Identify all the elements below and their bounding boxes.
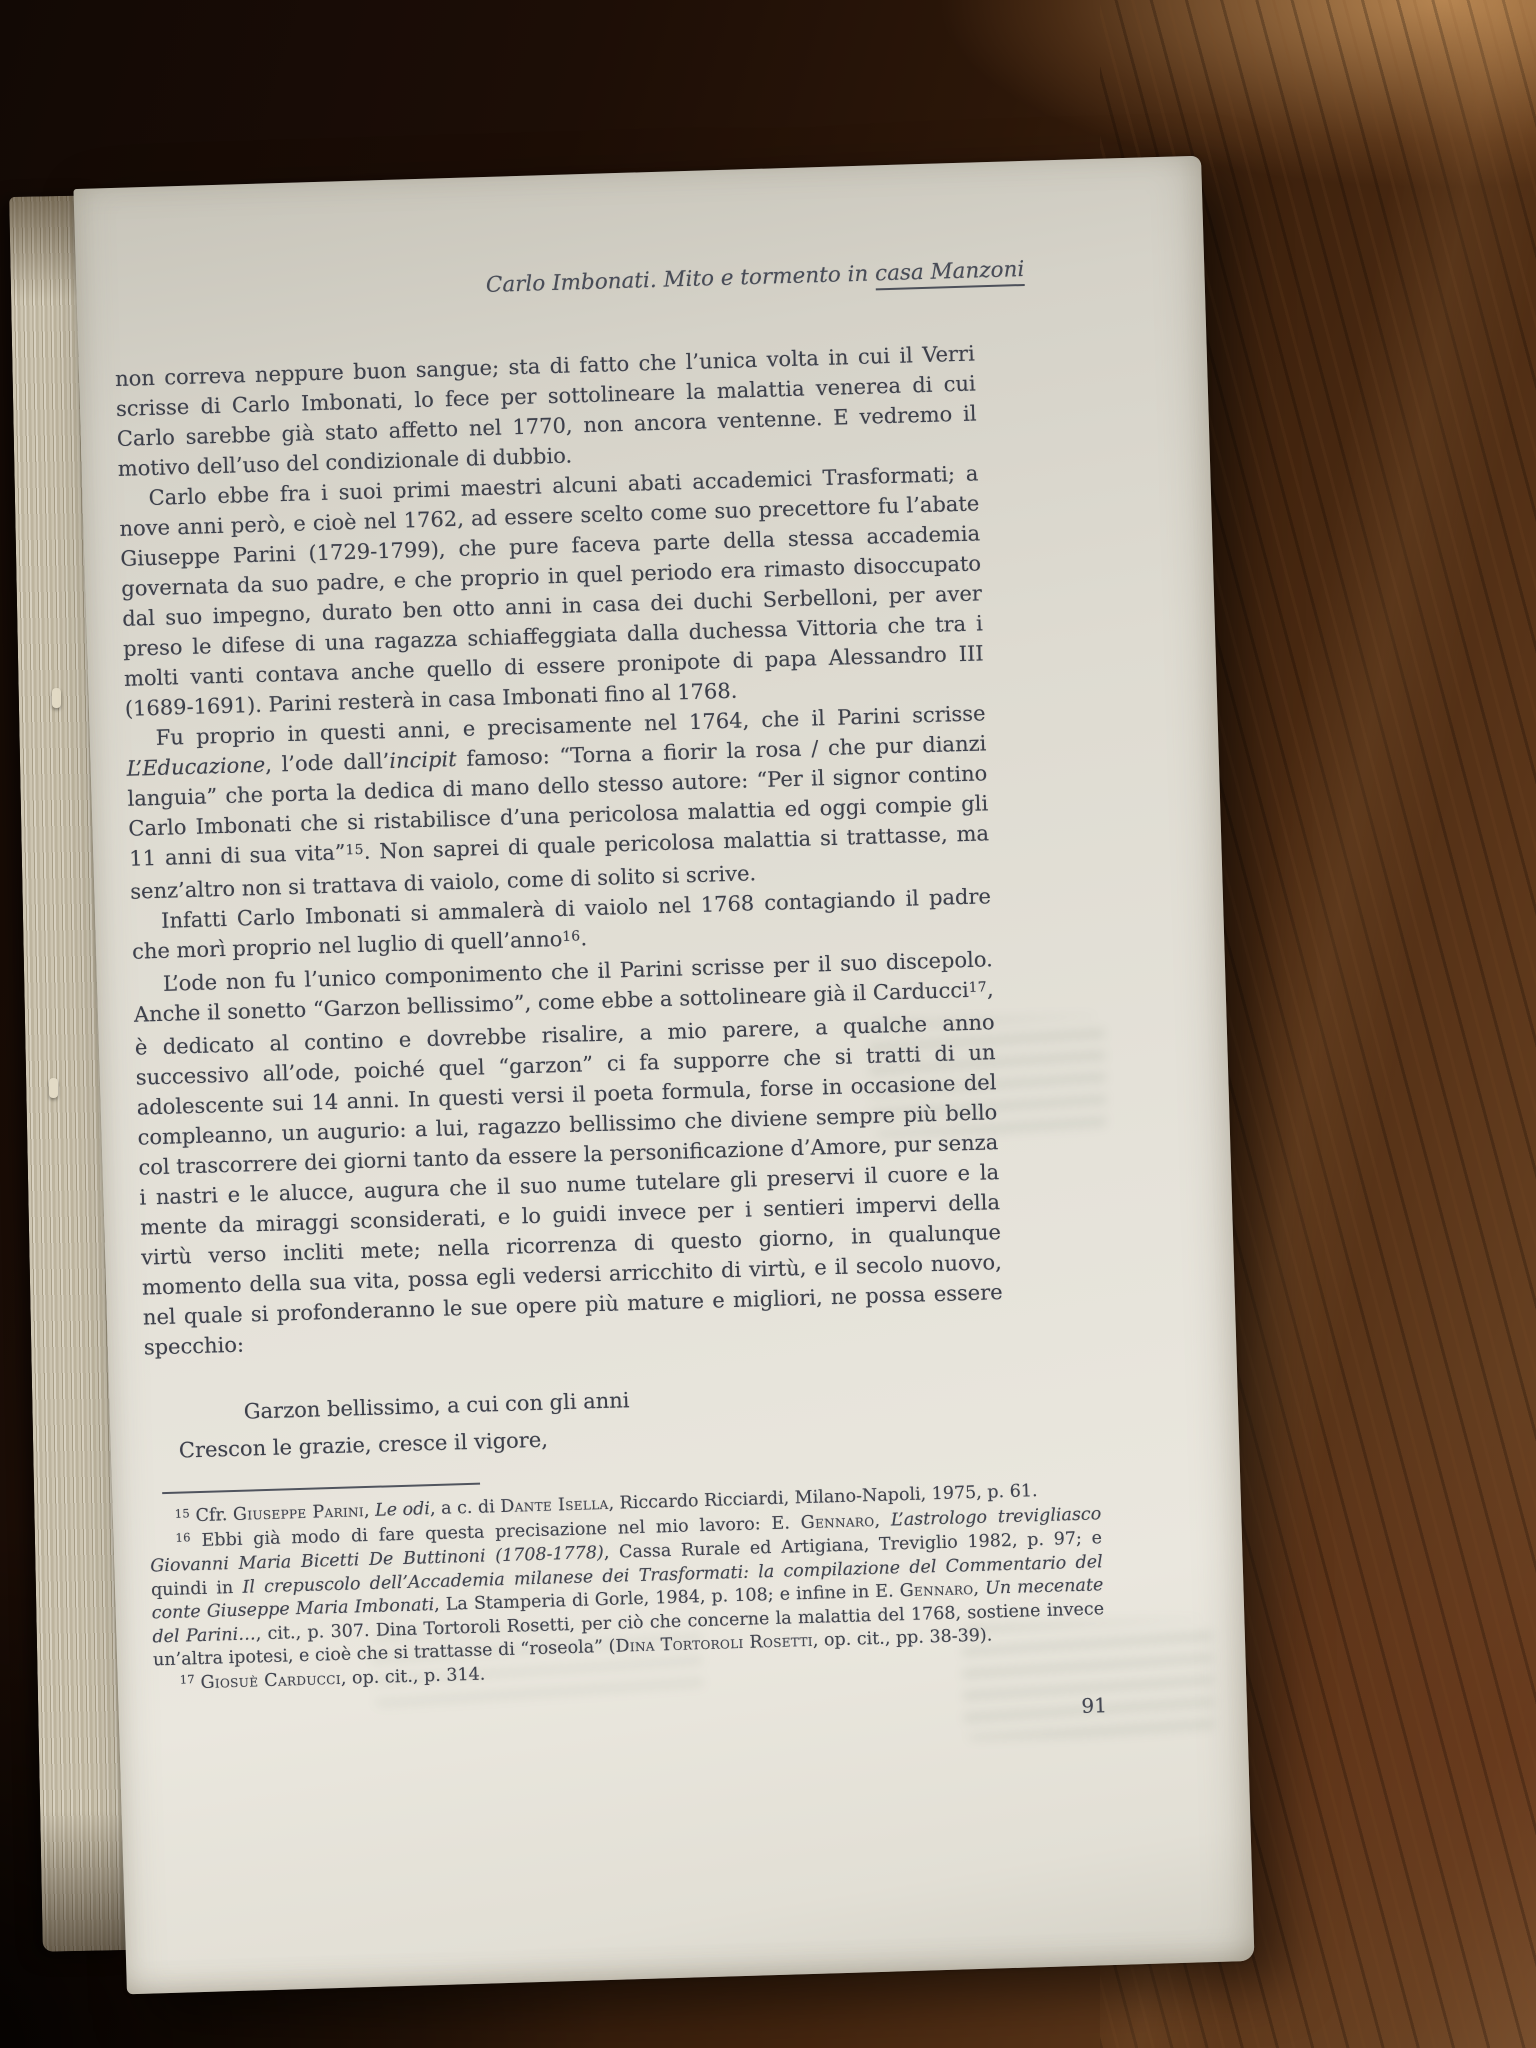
page-number: 91 <box>155 1693 1107 1745</box>
text-run: , è dedicato al contino e dovrebbe risal… <box>135 977 1003 1359</box>
text-run: L’Educazione <box>126 753 265 781</box>
paragraph: Carlo ebbe fra i suoi primi maestri alcu… <box>118 458 985 723</box>
book-page: Carlo Imbonati. Mito e tormento in casa … <box>73 156 1254 1995</box>
text-run: Carlo Imbonati. Mito e tormento in <box>486 261 876 298</box>
text-run: Gennaro <box>800 1510 874 1532</box>
footnote-marker: 15 <box>345 842 364 859</box>
text-run: , <box>973 1579 985 1599</box>
footnote-marker: 17 <box>968 979 987 996</box>
text-run: Giosuè Carducci <box>200 1668 341 1692</box>
running-header-text: Carlo Imbonati. Mito e tormento in casa … <box>486 257 1025 298</box>
paragraph: Fu proprio in questi anni, e precisament… <box>125 698 990 906</box>
text-run: Le odi <box>375 1499 430 1521</box>
paragraph: L’ode non fu l’unico componimento che il… <box>133 944 1004 1362</box>
footnote: 16 Ebbi già modo di fare questa precisaz… <box>149 1503 1105 1673</box>
text-run: , a c. di <box>430 1497 501 1519</box>
running-header: Carlo Imbonati. Mito e tormento in casa … <box>112 257 1024 310</box>
footnote-marker: 17 <box>180 1672 196 1686</box>
text-run: Dante Isella <box>500 1494 609 1517</box>
text-run: Gennaro <box>899 1579 973 1601</box>
footnotes: 15 Cfr. Giuseppe Parini, Le odi, a c. di… <box>149 1478 1106 1697</box>
text-run: , op. cit., p. 314. <box>341 1664 486 1688</box>
text-run: , <box>874 1510 891 1530</box>
text-run: non correva neppure buon sangue; sta di … <box>115 341 977 480</box>
text-run: incipit <box>389 747 457 773</box>
footnote-marker: 16 <box>562 928 581 945</box>
text-run: casa Manzoni <box>875 257 1025 290</box>
text-run: Carlo ebbe fra i suoi primi maestri alcu… <box>119 461 984 720</box>
text-run: . <box>580 926 587 950</box>
footnote-marker: 15 <box>175 1506 191 1520</box>
text-run: Dina Tortoroli Rosetti <box>615 1631 813 1657</box>
page-content: Carlo Imbonati. Mito e tormento in casa … <box>73 156 1254 1995</box>
text-run: Giuseppe Parini <box>233 1501 365 1525</box>
footnote-separator <box>162 1483 480 1494</box>
binding-stitch <box>49 1078 58 1098</box>
binding-stitch <box>52 688 61 708</box>
footnote-marker: 16 <box>175 1530 191 1544</box>
text-run: , l’ode dall’ <box>265 749 390 777</box>
verse-block: Garzon bellissimo, a cui con gli anniCre… <box>145 1364 1239 1470</box>
text-run: , op. cit., pp. 38-39). <box>813 1626 993 1651</box>
body-text: non correva neppure buon sangue; sta di … <box>115 338 1004 1362</box>
text-run: Cfr. <box>190 1505 234 1526</box>
